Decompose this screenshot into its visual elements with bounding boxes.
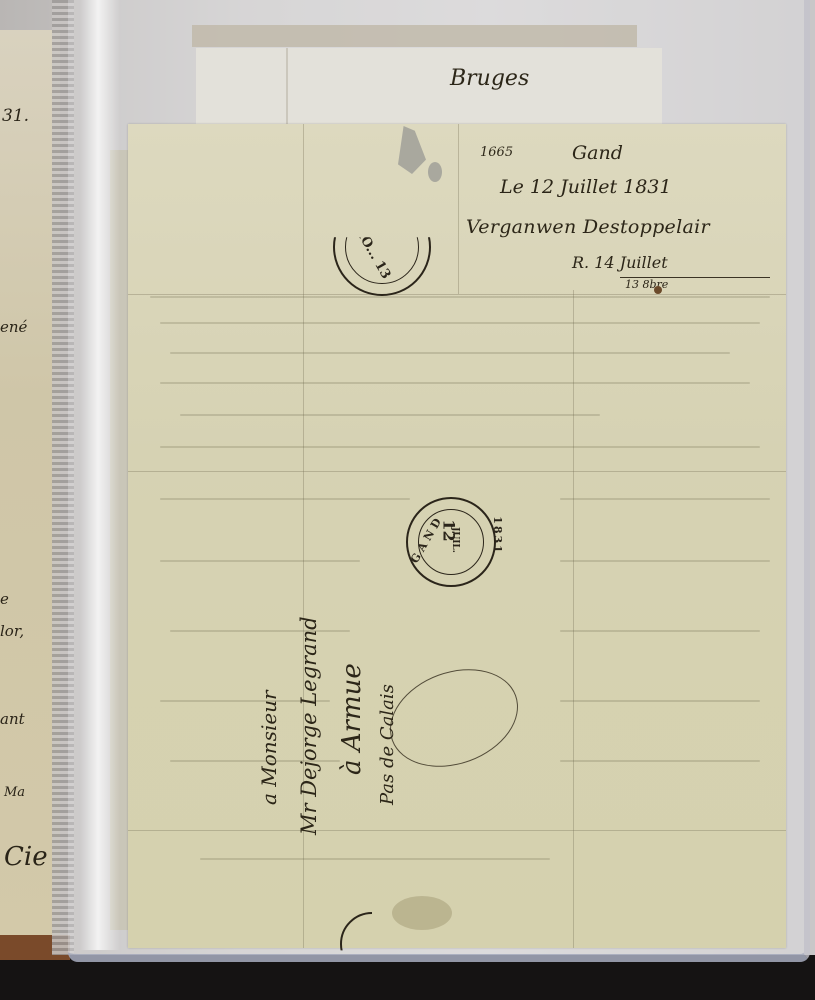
address-block: a Monsieur Mr Dejorge Legrand à Armue Pa… xyxy=(315,515,395,845)
left-page-fragment: ant xyxy=(0,710,25,728)
ink-spot xyxy=(654,286,662,294)
address-line: Mr Dejorge Legrand xyxy=(297,616,321,835)
paper-stain xyxy=(392,896,452,930)
left-page-fragment: Ma xyxy=(4,785,25,800)
docket-city: Gand xyxy=(572,142,623,164)
left-page-fragment: lor, xyxy=(0,622,24,640)
docket-number: 1665 xyxy=(480,145,513,160)
background-letter-back xyxy=(192,25,637,47)
address-line: a Monsieur xyxy=(257,690,281,805)
left-album-page: 31. ené e lor, ant Ma Cie xyxy=(0,30,60,950)
left-page-fragment: 31. xyxy=(2,106,29,126)
left-page-fragment: Cie xyxy=(4,842,48,872)
fold-line xyxy=(458,124,459,294)
fold-line xyxy=(286,48,288,128)
docket-sender: Verganwen Destoppelair xyxy=(466,216,710,238)
fold-line xyxy=(128,471,786,472)
postmark-year: 1831 xyxy=(491,516,504,555)
left-page-fragment: e xyxy=(0,590,9,608)
fold-line xyxy=(128,294,786,295)
address-line: à Armue xyxy=(337,663,367,775)
docket-received: R. 14 Juillet xyxy=(572,253,668,272)
background-letter xyxy=(196,48,662,128)
gand-postmark: GAND 12 JUIL. 1831 xyxy=(406,497,496,587)
fold-line xyxy=(573,290,574,948)
docket-date: Le 12 Juillet 1831 xyxy=(500,176,671,198)
left-page-fragment: ené xyxy=(0,318,27,336)
background-letter-city: Bruges xyxy=(450,66,529,91)
fold-line xyxy=(128,830,786,831)
postmark-month: JUIL. xyxy=(450,527,460,553)
sleeve-glare xyxy=(80,0,120,950)
paper-tear xyxy=(428,162,442,182)
